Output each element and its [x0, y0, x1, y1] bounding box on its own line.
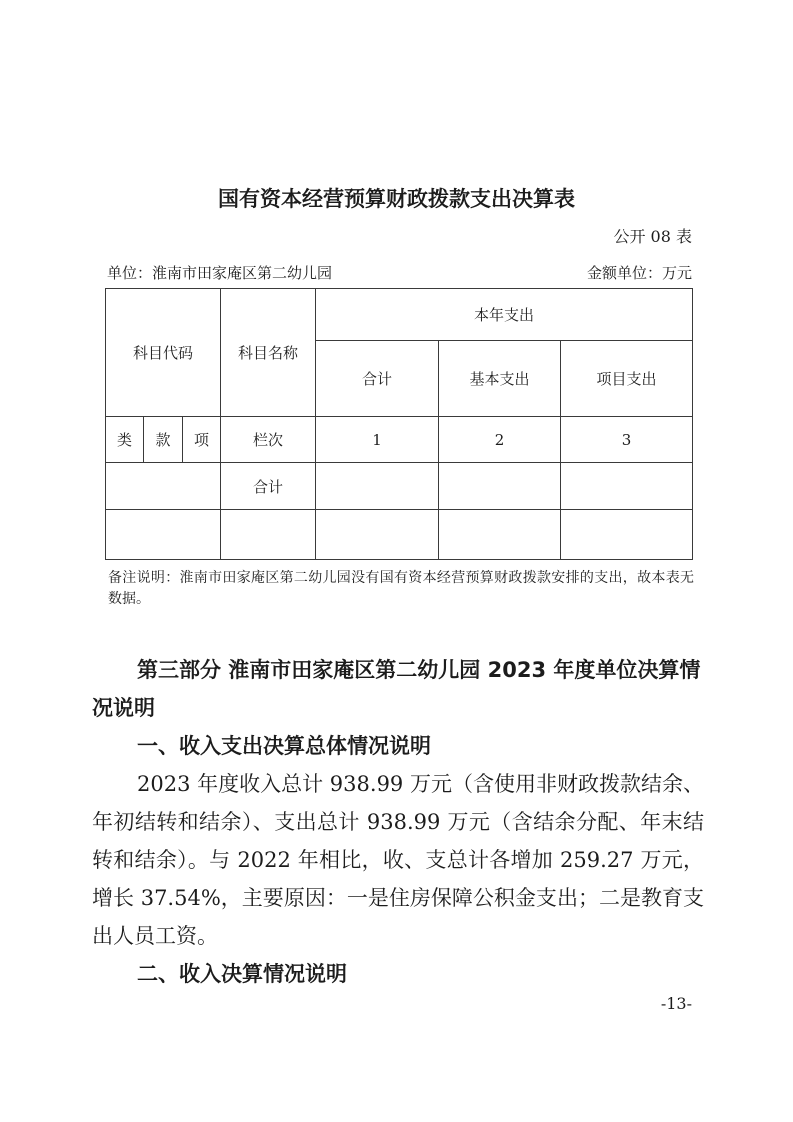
page-number: -13- — [92, 993, 692, 1014]
cell-empty-project — [561, 510, 693, 560]
header-cell-current-year-expenditure: 本年支出 — [316, 289, 693, 341]
section2-heading: 二、收入决算情况说明 — [92, 955, 704, 993]
section1-heading: 一、收入支出决算总体情况说明 — [92, 727, 704, 765]
header-cell-subject-name: 科目名称 — [221, 289, 316, 417]
cell-column-3: 3 — [561, 417, 693, 463]
section1-paragraph: 2023 年度收入总计 938.99 万元（含使用非财政拨款结余、年初结转和结余… — [92, 765, 704, 955]
cell-empty-code — [106, 510, 221, 560]
cell-item: 项 — [183, 417, 221, 463]
table-note: 备注说明：淮南市田家庵区第二幼儿园没有国有资本经营预算财政拨款安排的支出，故本表… — [108, 568, 694, 610]
cell-section: 款 — [144, 417, 183, 463]
cell-total-amount — [316, 463, 439, 510]
table-number-label: 公开 08 表 — [105, 226, 692, 248]
cell-category: 类 — [106, 417, 144, 463]
table-header-row-1: 科目代码 科目名称 本年支出 — [106, 289, 693, 341]
table-meta-row: 单位：淮南市田家庵区第二幼儿园 金额单位：万元 — [107, 263, 692, 283]
header-cell-total: 合计 — [316, 341, 439, 417]
amount-unit-label: 金额单位：万元 — [587, 263, 692, 283]
table-total-row: 合计 — [106, 463, 693, 510]
cell-total-name: 合计 — [221, 463, 316, 510]
page-title: 国有资本经营预算财政拨款支出决算表 — [0, 186, 793, 213]
unit-label: 单位：淮南市田家庵区第二幼儿园 — [107, 263, 332, 283]
part3-heading: 第三部分 淮南市田家庵区第二幼儿园 2023 年度单位决算情况说明 — [92, 651, 704, 727]
cell-column-2: 2 — [439, 417, 561, 463]
cell-total-code — [106, 463, 221, 510]
expenditure-table: 科目代码 科目名称 本年支出 合计 基本支出 项目支出 类 款 项 栏次 1 2… — [105, 288, 693, 560]
cell-column-label: 栏次 — [221, 417, 316, 463]
header-cell-basic-expenditure: 基本支出 — [439, 341, 561, 417]
cell-column-1: 1 — [316, 417, 439, 463]
cell-empty-basic — [439, 510, 561, 560]
cell-total-basic — [439, 463, 561, 510]
cell-empty-name — [221, 510, 316, 560]
header-cell-subject-code: 科目代码 — [106, 289, 221, 417]
cell-total-project — [561, 463, 693, 510]
body-text: 第三部分 淮南市田家庵区第二幼儿园 2023 年度单位决算情况说明 一、收入支出… — [92, 651, 704, 993]
header-cell-project-expenditure: 项目支出 — [561, 341, 693, 417]
cell-empty-amount — [316, 510, 439, 560]
table-empty-row — [106, 510, 693, 560]
document-page: 国有资本经营预算财政拨款支出决算表 公开 08 表 单位：淮南市田家庵区第二幼儿… — [0, 0, 793, 1122]
table-lane-row: 类 款 项 栏次 1 2 3 — [106, 417, 693, 463]
